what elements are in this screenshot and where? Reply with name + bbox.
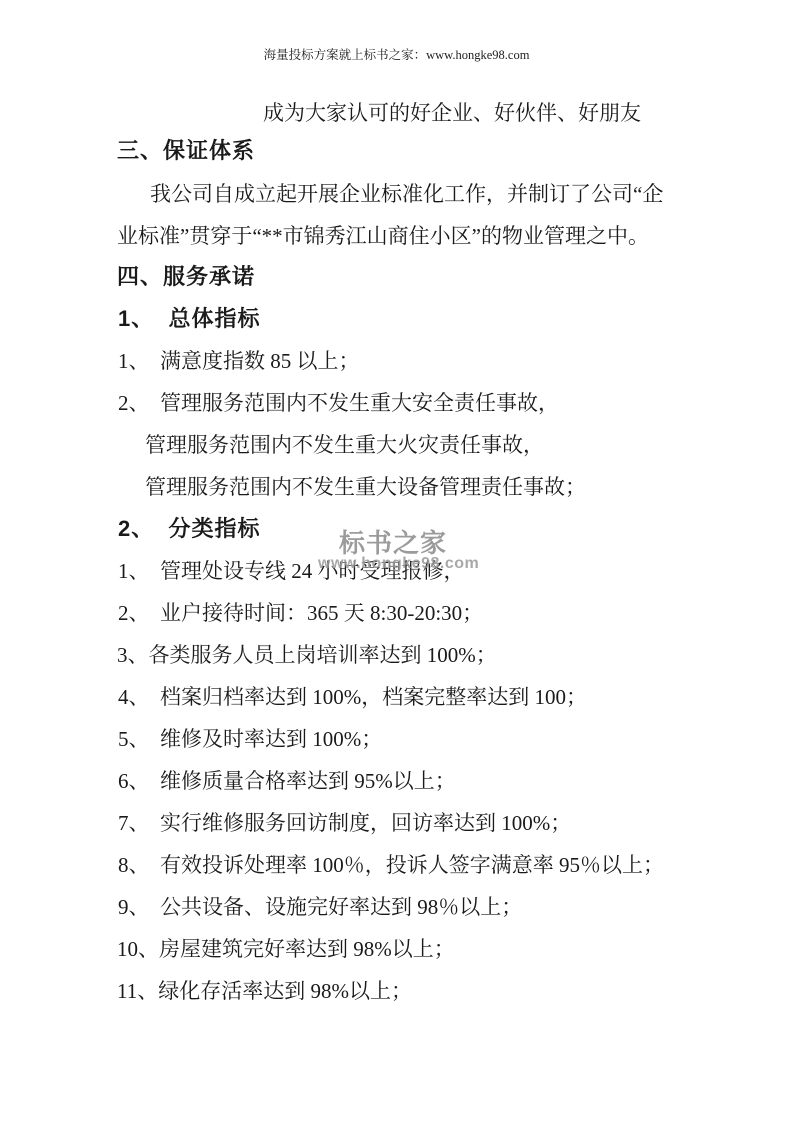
list-item: 2、 业户接待时间：365 天 8:30-20:30；	[118, 601, 483, 625]
list-item: 8、 有效投诉处理率 100％，投诉人签字满意率 95％以上；	[118, 853, 664, 877]
subsection-heading-classified-targets: 2、 分类指标	[118, 517, 260, 541]
list-item: 6、 维修质量合格率达到 95%以上；	[118, 769, 456, 793]
list-item: 1、 管理处设专线 24 小时受理报修，	[118, 559, 465, 583]
list-item-continuation: 管理服务范围内不发生重大火灾责任事故，	[145, 433, 544, 457]
paragraph-line: 业标准”贯穿于“**市锦秀江山商住小区”的物业管理之中。	[117, 224, 649, 248]
list-item: 10、房屋建筑完好率达到 98%以上；	[117, 937, 455, 961]
list-item: 4、 档案归档率达到 100%，档案完整率达到 100；	[118, 685, 587, 709]
list-item: 2、 管理服务范围内不发生重大安全责任事故，	[118, 391, 559, 415]
subsection-heading-overall-targets: 1、 总体指标	[118, 307, 260, 331]
list-item: 11、绿化存活率达到 98%以上；	[117, 979, 412, 1003]
section-heading-service-commitment: 四、服务承诺	[117, 265, 255, 289]
list-item: 7、 实行维修服务回访制度，回访率达到 100%；	[118, 811, 571, 835]
list-item: 1、 满意度指数 85 以上；	[118, 349, 360, 373]
list-item: 5、 维修及时率达到 100%；	[118, 727, 382, 751]
watermark-title: 标书之家	[318, 531, 468, 555]
paragraph-continuation-line: 成为大家认可的好企业、好伙伴、好朋友	[263, 101, 641, 125]
page-header-text: 海量投标方案就上标书之家：www.hongke98.com	[0, 48, 793, 62]
paragraph-line: 我公司自成立起开展企业标准化工作，并制订了公司“企	[150, 182, 663, 206]
document-page: 海量投标方案就上标书之家：www.hongke98.com 标书之家 www.h…	[0, 0, 793, 1122]
list-item-continuation: 管理服务范围内不发生重大设备管理责任事故；	[145, 475, 586, 499]
list-item: 9、 公共设备、设施完好率达到 98％以上；	[118, 895, 522, 919]
section-heading-guarantee-system: 三、保证体系	[117, 139, 255, 163]
list-item: 3、各类服务人员上岗培训率达到 100%；	[117, 643, 497, 667]
